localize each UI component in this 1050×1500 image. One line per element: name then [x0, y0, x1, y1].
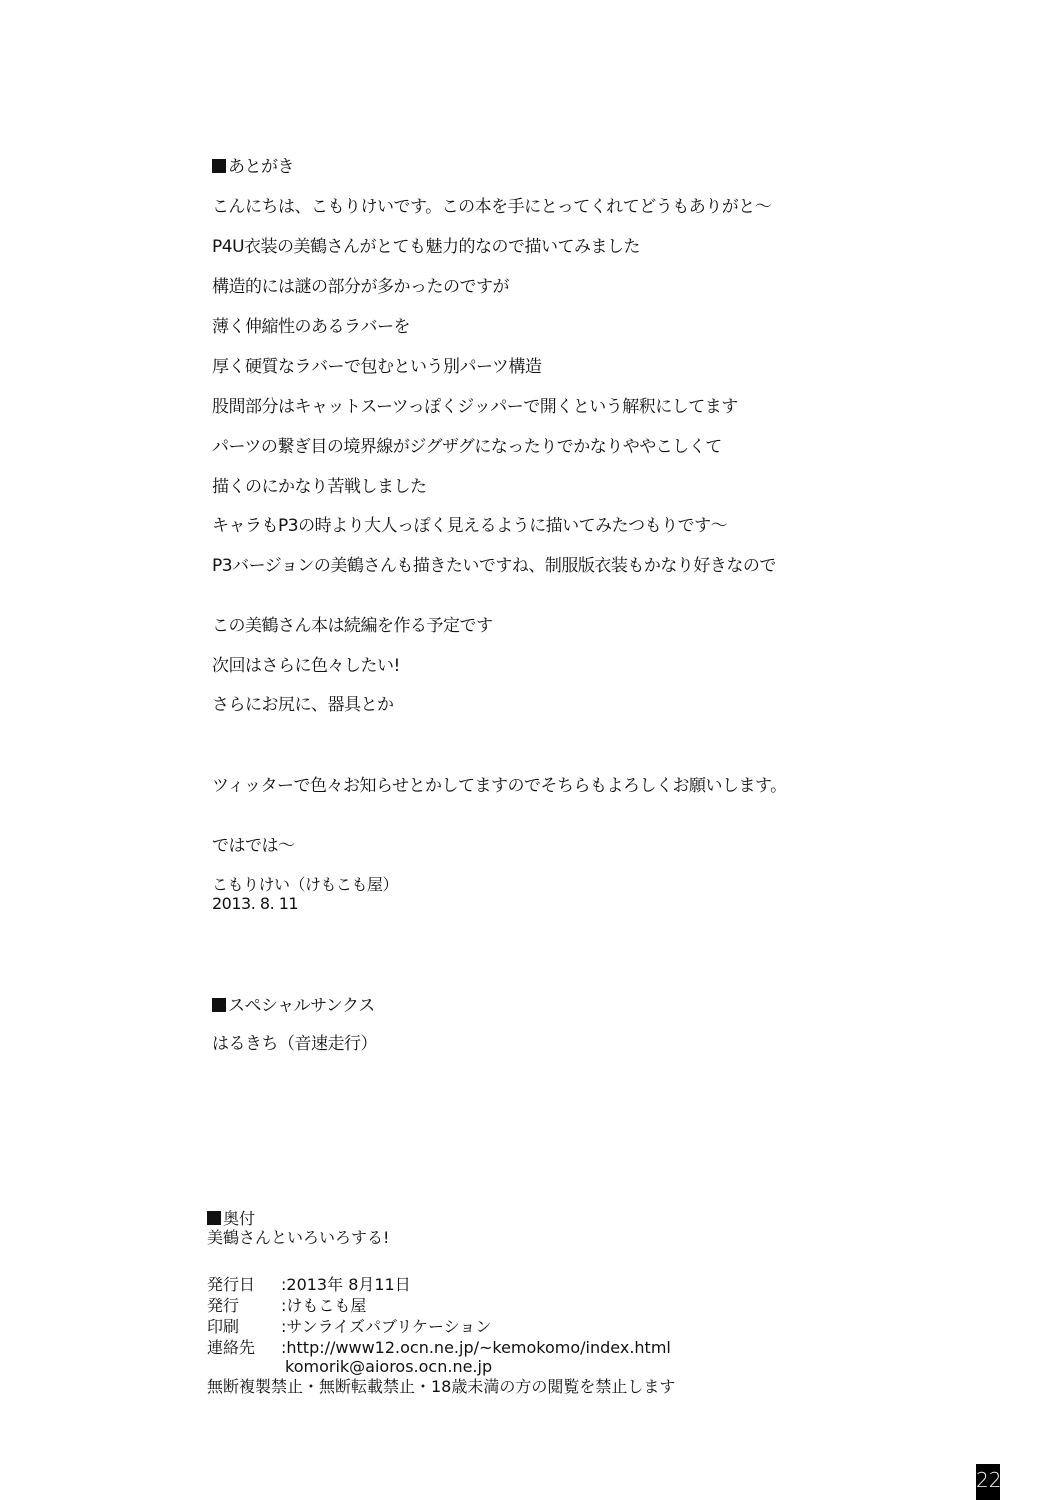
colophon-heading-text: 奥付	[223, 1209, 255, 1228]
afterword-line: こんにちは、こもりけいです。この本を手にとってくれてどうもありがと～	[212, 197, 771, 217]
afterword-line: 薄く伸縮性のあるラバーを	[212, 317, 410, 337]
afterword-heading: あとがき	[212, 157, 294, 177]
colophon-value: :2013年 8月11日	[281, 1275, 411, 1294]
special-thanks-name: はるきち（音速走行）	[212, 1034, 377, 1054]
page-number: 22	[976, 1464, 1000, 1500]
afterword-line: パーツの繋ぎ目の境界線がジグザグになったりでかなりややこしくて	[212, 437, 722, 457]
colophon-row: komorik@aioros.ocn.ne.jp	[207, 1358, 492, 1376]
square-bullet-icon	[212, 159, 226, 173]
special-thanks-heading-text: スペシャルサンクス	[228, 996, 375, 1016]
afterword-line: P4U衣装の美鶴さんがとても魅力的なので描いてみました	[212, 237, 640, 257]
colophon-title: 美鶴さんといろいろする!	[207, 1229, 389, 1247]
afterword-date: 2013. 8. 11	[212, 895, 298, 913]
afterword-line: 構造的には謎の部分が多かったのですが	[212, 277, 509, 297]
colophon-url: :http://www12.ocn.ne.jp/~kemokomo/index.…	[281, 1338, 671, 1357]
colophon-heading: 奥付	[207, 1210, 255, 1228]
colophon-label: 発行日	[207, 1276, 281, 1294]
colophon-row: 連絡先:http://www12.ocn.ne.jp/~kemokomo/ind…	[207, 1339, 671, 1357]
square-bullet-icon	[212, 998, 226, 1012]
colophon-row: 印刷:サンライズパブリケーション	[207, 1318, 491, 1336]
afterword-line: 描くのにかなり苦戦しました	[212, 477, 427, 497]
colophon-notice: 無断複製禁止・無断転載禁止・18歳未満の方の閲覧を禁止します	[207, 1378, 675, 1396]
afterword-line: キャラもP3の時より大人っぽく見えるように描いてみたつもりです～	[212, 516, 727, 536]
colophon-value: :サンライズパブリケーション	[281, 1317, 491, 1336]
square-bullet-icon	[207, 1211, 221, 1225]
colophon-label: 連絡先	[207, 1339, 281, 1357]
afterword-line: 股間部分はキャットスーツっぽくジッパーで開くという解釈にしてます	[212, 397, 738, 417]
colophon-row: 発行:けもこも屋	[207, 1297, 366, 1315]
colophon-value: :けもこも屋	[281, 1296, 366, 1315]
afterword-line: この美鶴さん本は続編を作る予定です	[212, 616, 493, 636]
afterword-line: 厚く硬質なラバーで包むという別パーツ構造	[212, 357, 541, 377]
colophon-label: 印刷	[207, 1318, 281, 1336]
colophon-label: 発行	[207, 1297, 281, 1315]
afterword-line: 次回はさらに色々したい!	[212, 656, 400, 676]
afterword-line: ツィッターで色々お知らせとかしてますのでそちらもよろしくお願いします。	[212, 776, 787, 796]
author-signature: こもりけい（けもこも屋）	[212, 876, 398, 894]
afterword-line: P3バージョンの美鶴さんも描きたいですね、制服版衣装もかなり好きなので	[212, 556, 776, 576]
afterword-line: さらにお尻に、器具とか	[212, 695, 394, 715]
colophon-row: 発行日:2013年 8月11日	[207, 1276, 411, 1294]
special-thanks-heading: スペシャルサンクス	[212, 996, 375, 1016]
afterword-heading-text: あとがき	[228, 157, 294, 177]
colophon-email: komorik@aioros.ocn.ne.jp	[285, 1357, 492, 1376]
afterword-line: ではでは～	[212, 836, 295, 856]
